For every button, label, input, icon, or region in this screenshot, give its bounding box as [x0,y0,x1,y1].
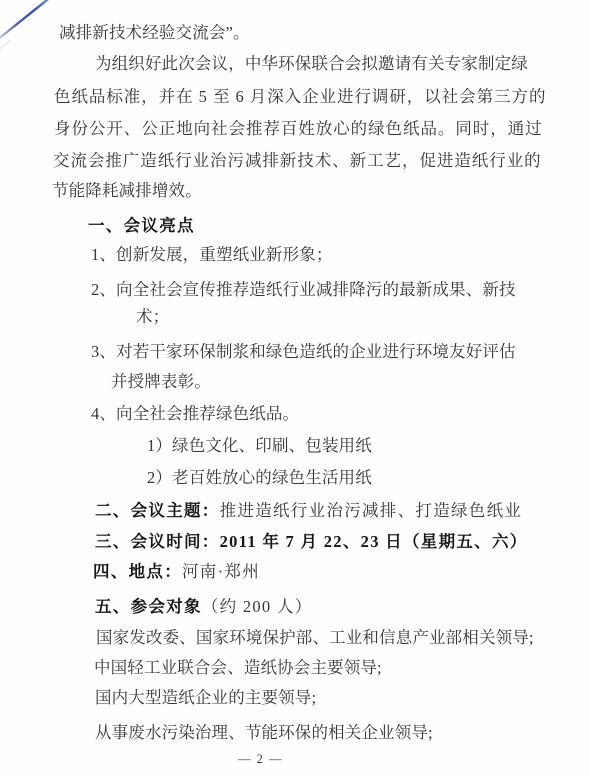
bold-text-segment: 一、会议亮点 [88,216,195,235]
list-item-continuation: 并授牌表彰。 [111,370,211,394]
attendee-line: 中国轻工业联合会、造纸协会主要领导; [94,656,382,680]
section-heading: 一、会议亮点 [88,214,195,238]
body-line: 节能降耗减排增效。 [52,179,202,203]
text-segment: （约 200 人） [202,597,313,616]
section-heading: 二、会议主题：推进造纸行业治污减排、打造绿色纸业 [95,499,522,523]
text-segment: 1）绿色文化、印刷、包装用纸 [147,436,372,455]
text-segment: 1、创新发展，重塑纸业新形象； [91,245,333,264]
text-segment: 4、向全社会推荐绿色纸品。 [91,404,299,423]
corner-fold-line [0,0,66,56]
text-segment: 河南·郑州 [182,562,260,581]
bold-text-segment: 二、会议主题： [95,501,220,520]
text-segment: 推进造纸行业治污减排、打造绿色纸业 [220,501,523,520]
text-segment: 国内大型造纸企业的主要领导; [95,688,316,707]
text-segment: 并授牌表彰。 [111,372,211,391]
bold-text-segment: 五、参会对象 [95,597,202,616]
text-segment: 交流会推广造纸行业治污减排新技术、新工艺，促进造纸行业的 [53,151,542,170]
scanned-document-page: 减排新技术经验交流会”。为组织好此次会议，中华环保联合会拟邀请有关专家制定绿色纸… [0,0,590,777]
text-segment: 3、对若干家环保制浆和绿色造纸的企业进行环境友好评估 [91,342,516,361]
text-segment: 色纸品标准，并在 5 至 6 月深入企业进行调研，以社会第三方的 [54,87,546,106]
attendee-line: 国家发改委、国家环境保护部、工业和信息产业部相关领导; [96,626,534,650]
text-segment: 身份公开、公正地向社会推荐百姓放心的绿色纸品。同时，通过 [54,119,543,138]
text-segment: 节能降耗减排增效。 [52,181,202,200]
list-item: 4、向全社会推荐绿色纸品。 [91,402,299,426]
section-heading: 三、会议时间：2011 年 7 月 22、23 日（星期五、六） [95,530,528,554]
sub-list-item: 1）绿色文化、印刷、包装用纸 [147,434,372,458]
list-item: 3、对若干家环保制浆和绿色造纸的企业进行环境友好评估 [91,340,516,364]
text-segment: 术； [136,307,169,326]
sub-list-item: 2）老百姓放心的绿色生活用纸 [147,466,372,490]
bold-text-segment: 三、会议时间：2011 年 7 月 22、23 日（星期五、六） [95,532,528,551]
text-segment: 从事废水污染治理、节能环保的相关企业领导; [95,723,433,742]
body-line: 为组织好此次会议，中华环保联合会拟邀请有关专家制定绿 [95,52,528,76]
text-segment: 2、向全社会宣传推荐造纸行业减排降污的最新成果、新技 [91,280,516,299]
body-line: 交流会推广造纸行业治污减排新技术、新工艺，促进造纸行业的 [53,149,542,173]
body-line: 身份公开、公正地向社会推荐百姓放心的绿色纸品。同时，通过 [54,117,543,141]
page-number: — 2 — [238,747,283,771]
body-line: 色纸品标准，并在 5 至 6 月深入企业进行调研，以社会第三方的 [54,85,546,109]
attendee-line: 国内大型造纸企业的主要领导; [95,686,316,710]
text-segment: — 2 — [238,752,283,766]
attendee-line: 从事废水污染治理、节能环保的相关企业领导; [95,721,433,745]
text-segment: 为组织好此次会议，中华环保联合会拟邀请有关专家制定绿 [95,54,528,73]
section-heading: 五、参会对象（约 200 人） [95,595,313,619]
section-heading: 四、地点：河南·郑州 [93,560,260,584]
list-item: 1、创新发展，重塑纸业新形象； [91,243,333,267]
scan-smudge [0,40,11,50]
body-line: 减排新技术经验交流会”。 [59,21,250,45]
text-segment: 中国轻工业联合会、造纸协会主要领导; [94,658,382,677]
text-segment: 2）老百姓放心的绿色生活用纸 [147,468,372,487]
text-segment: 国家发改委、国家环境保护部、工业和信息产业部相关领导; [96,628,534,647]
bold-text-segment: 四、地点： [93,562,182,581]
list-item-continuation: 术； [136,305,169,329]
text-segment: 减排新技术经验交流会”。 [59,23,250,42]
list-item: 2、向全社会宣传推荐造纸行业减排降污的最新成果、新技 [91,278,516,302]
